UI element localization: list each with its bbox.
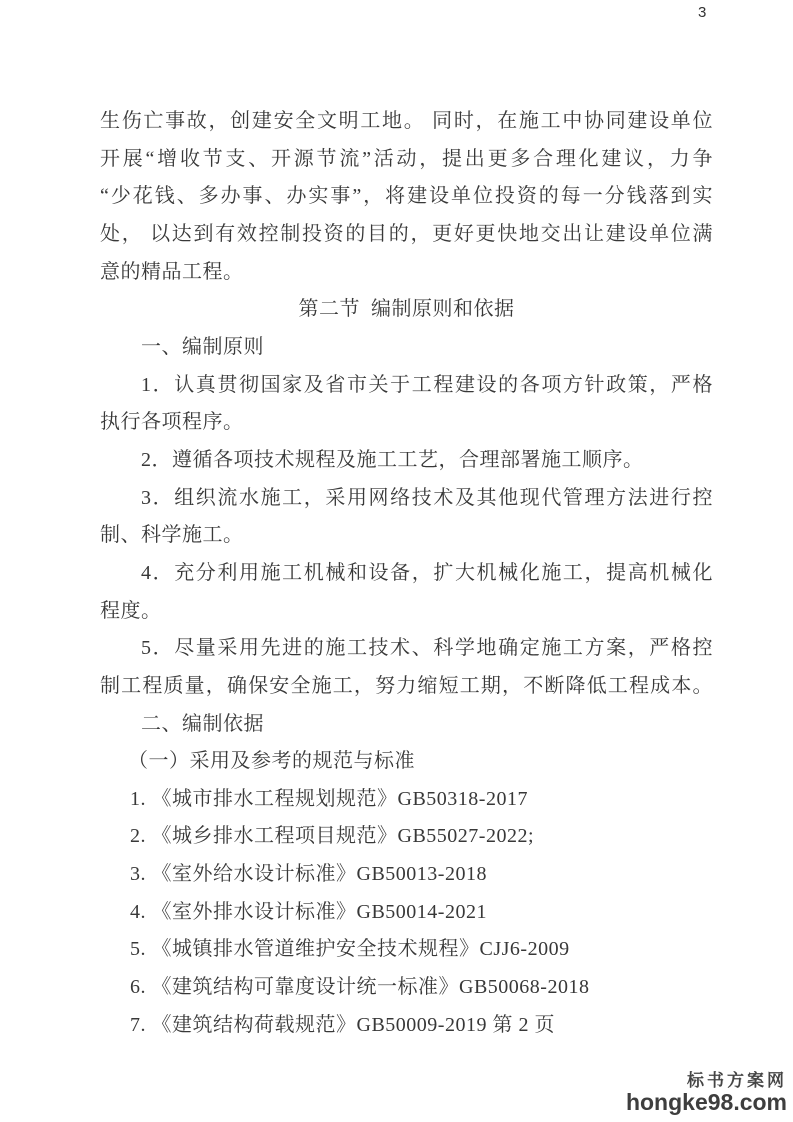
standard-item: 2. 《城乡排水工程项目规范》GB55027-2022; [100, 818, 713, 856]
document-page: 3 生伤亡事故，创建安全文明工地。 同时，在施工中协同建设单位 开展“增收节支、… [0, 0, 793, 1122]
standard-item: 5. 《城镇排水管道维护安全技术规程》CJJ6-2009 [100, 931, 713, 969]
principle-line: 2．遵循各项技术规程及施工工艺，合理部署施工顺序。 [100, 442, 713, 480]
principle-line: 1．认真贯彻国家及省市关于工程建设的各项方针政策，严格 [100, 367, 713, 405]
principle-line: 制工程质量，确保安全施工，努力缩短工期，不断降低工程成本。 [100, 668, 713, 706]
principle-line: 程度。 [100, 593, 713, 631]
paragraph-line: 意的精品工程。 [100, 254, 713, 292]
standard-item: 3. 《室外给水设计标准》GB50013-2018 [100, 856, 713, 894]
principle-line: 制、科学施工。 [100, 517, 713, 555]
page-number: 3 [698, 4, 706, 21]
standard-item: 6. 《建筑结构可靠度设计统一标准》GB50068-2018 [100, 969, 713, 1007]
principle-line: 执行各项程序。 [100, 404, 713, 442]
principle-line: 4．充分利用施工机械和设备，扩大机械化施工，提高机械化 [100, 555, 713, 593]
watermark-site-url: hongke98.com [626, 1090, 787, 1114]
subsection-title-2: 二、编制依据 [100, 706, 713, 744]
standard-item: 7. 《建筑结构荷载规范》GB50009-2019 第 2 页 [100, 1007, 713, 1045]
principle-line: 5．尽量采用先进的施工技术、科学地确定施工方案，严格控 [100, 630, 713, 668]
subsection-title-1: 一、编制原则 [100, 329, 713, 367]
watermark-site-name: 标书方案网 [626, 1072, 787, 1090]
paragraph-line: 开展“增收节支、开源节流”活动，提出更多合理化建议，力争 [100, 141, 713, 179]
paragraph-line: 处， 以达到有效控制投资的目的，更好更快地交出让建设单位满 [100, 216, 713, 254]
standard-item: 4. 《室外排水设计标准》GB50014-2021 [100, 894, 713, 932]
watermark: 标书方案网 hongke98.com [626, 1072, 787, 1114]
principle-line: 3．组织流水施工，采用网络技术及其他现代管理方法进行控 [100, 480, 713, 518]
basis-group-title: （一）采用及参考的规范与标准 [100, 743, 713, 781]
section-heading: 第二节 编制原则和依据 [100, 291, 713, 329]
paragraph-line: 生伤亡事故，创建安全文明工地。 同时，在施工中协同建设单位 [100, 103, 713, 141]
standard-item: 1. 《城市排水工程规划规范》GB50318-2017 [100, 781, 713, 819]
paragraph-line: “少花钱、多办事、办实事”，将建设单位投资的每一分钱落到实 [100, 178, 713, 216]
document-content: 生伤亡事故，创建安全文明工地。 同时，在施工中协同建设单位 开展“增收节支、开源… [100, 103, 713, 1044]
